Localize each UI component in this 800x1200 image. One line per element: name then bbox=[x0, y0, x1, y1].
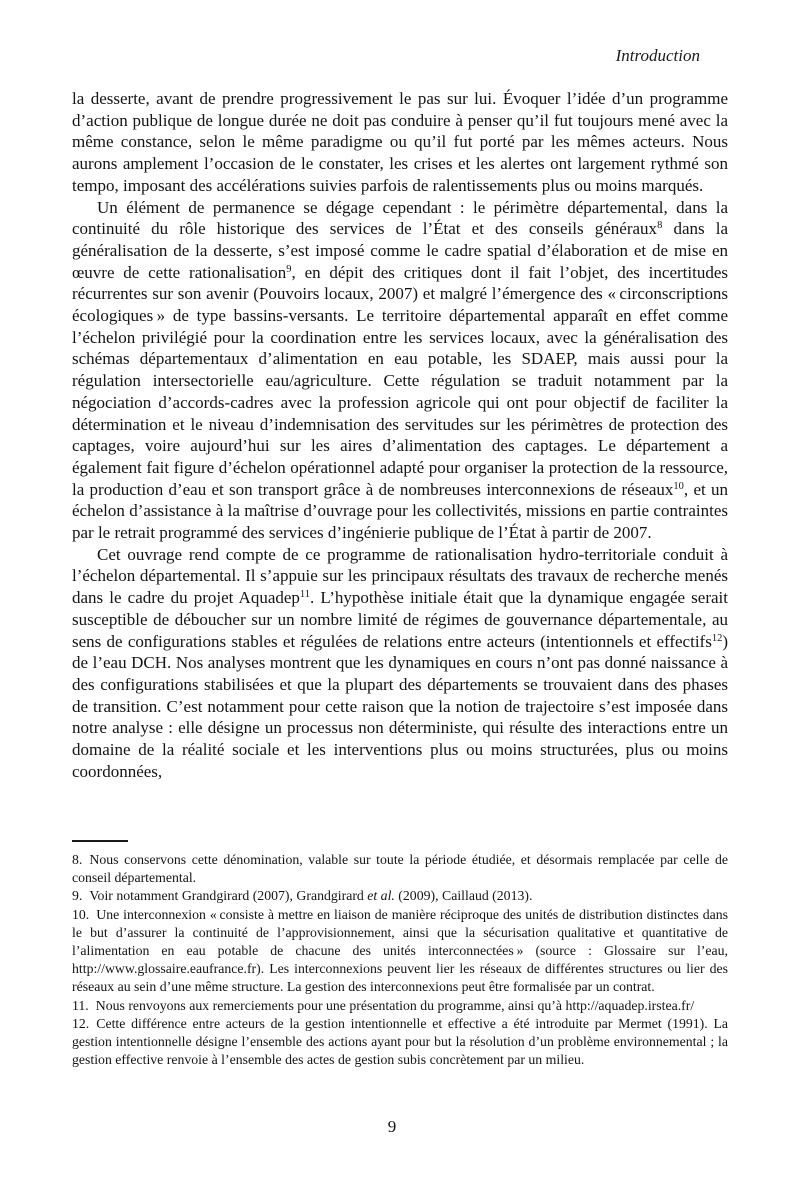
paragraph-1-text: la desserte, avant de prendre progressiv… bbox=[72, 89, 728, 195]
paragraph-2: Un élément de permanence se dégage cepen… bbox=[72, 197, 728, 544]
footnote-12: 12.Cette différence entre acteurs de la … bbox=[72, 1015, 728, 1070]
running-head: Introduction bbox=[616, 46, 700, 66]
paragraph-3: Cet ouvrage rend compte de ce programme … bbox=[72, 544, 728, 783]
footnote-ref-10: 10 bbox=[673, 481, 684, 492]
footnote-10: 10.Une interconnexion « consiste à mettr… bbox=[72, 906, 728, 997]
footnote-ref-8: 8 bbox=[657, 220, 662, 231]
footnote-ref-12: 12 bbox=[712, 633, 723, 644]
footnotes-block: 8.Nous conservons cette dénomination, va… bbox=[72, 851, 728, 1069]
footnote-11-number: 11. bbox=[72, 998, 96, 1013]
footnote-ref-9: 9 bbox=[286, 264, 291, 275]
footnote-10-number: 10. bbox=[72, 907, 96, 922]
paragraph-2-text: Un élément de permanence se dégage cepen… bbox=[72, 198, 728, 239]
paragraph-1: la desserte, avant de prendre progressiv… bbox=[72, 88, 728, 197]
footnote-12-text: Cette différence entre acteurs de la ges… bbox=[72, 1016, 728, 1067]
footnote-8-text: Nous conservons cette dénomination, vala… bbox=[72, 852, 728, 885]
body-text: la desserte, avant de prendre progressiv… bbox=[72, 88, 728, 783]
footnote-9-text: (2009), Caillaud (2013). bbox=[395, 888, 533, 903]
footnote-9: 9.Voir notamment Grandgirard (2007), Gra… bbox=[72, 887, 728, 905]
footnote-10-text: Une interconnexion « consiste à mettre e… bbox=[72, 907, 728, 995]
footnote-9-etal: et al. bbox=[367, 888, 395, 903]
book-page: Introduction la desserte, avant de prend… bbox=[0, 0, 800, 1200]
footnote-11: 11.Nous renvoyons aux remerciements pour… bbox=[72, 997, 728, 1015]
footnote-separator bbox=[72, 840, 128, 842]
page-number: 9 bbox=[72, 1117, 712, 1137]
paragraph-3-text: ) de l’eau DCH. Nos analyses montrent qu… bbox=[72, 632, 728, 781]
footnote-8: 8.Nous conservons cette dénomination, va… bbox=[72, 851, 728, 887]
footnote-9-text: Voir notamment Grandgirard (2007), Grand… bbox=[89, 888, 367, 903]
paragraph-2-text: , en dépit des critiques dont il fait l’… bbox=[72, 263, 728, 499]
footnote-11-text: Nous renvoyons aux remerciements pour un… bbox=[96, 998, 694, 1013]
footnote-9-number: 9. bbox=[72, 888, 89, 903]
footnote-12-number: 12. bbox=[72, 1016, 96, 1031]
footnote-8-number: 8. bbox=[72, 852, 89, 867]
footnote-ref-11: 11 bbox=[300, 589, 310, 600]
